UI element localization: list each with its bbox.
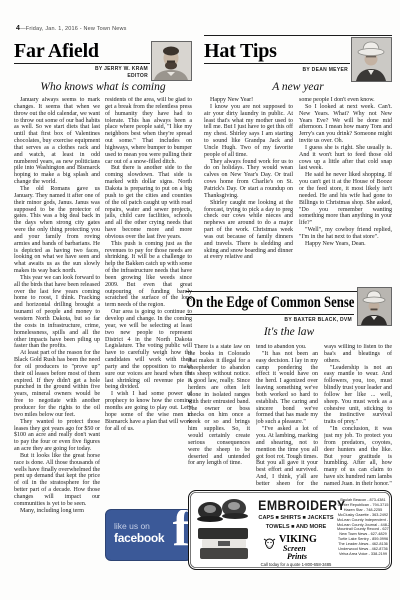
folio-text: —Friday, Jan. 1, 2016 - New Town News [20,26,127,32]
common-sense-column-3: ways willing to listen to the baa's and … [324,344,392,485]
author-photo-dean-meyer [351,37,392,82]
jerry-kram-portrait-icon [152,42,191,80]
far-afield-column-1: January always seems to mark changes. It… [14,97,100,576]
hat-tips-byline: BY DEAN MEYER [250,67,348,74]
far-afield-title: Far Afield [14,40,99,62]
facebook-badge-word: facebook [114,531,164,545]
far-afield-column-2: residents of the area, will be glad to g… [105,97,192,507]
common-sense-byline-rule [186,314,354,315]
facebook-badge-like-text: like us on [114,521,150,531]
common-sense-byline: BY BAXTER BLACK, DVM [200,317,352,324]
baxter-black-portrait-icon [358,288,391,325]
hat-tips-top-rule [204,35,392,36]
ad-products-line-2: TOWELS ■ AND MORE [251,524,341,530]
caps-and-shirts-photo-icon [194,496,252,562]
author-photo-jerry-kram [151,41,192,81]
facebook-badge[interactable]: like us on facebook f [105,509,192,561]
common-sense-title: On the Edge of Common Sense [186,294,354,312]
far-afield-byline: BY JERRY W. KRAM EDITOR [58,66,148,79]
common-sense-column-1: There is a state law on the books in Col… [188,344,250,485]
author-photo-baxter-black [357,287,392,326]
hat-tips-title: Hat Tips [204,40,277,62]
embroidery-ad: EMBROIDERY CAPS ■ SHIRTS ■ JACKETS TOWEL… [188,490,392,570]
ad-products-line-1: CAPS ■ SHIRTS ■ JACKETS [251,515,341,521]
ad-cta: Call today for a quote 1-800-658-3485 [241,562,351,567]
far-afield-title-rule [14,63,150,64]
hat-tips-title-rule [204,63,350,64]
hat-tips-headline: A new year [204,81,392,93]
far-afield-headline: Who knows what is coming [14,81,192,93]
hat-tips-column-2: some people I don't even know.So I looke… [299,97,392,289]
ad-title: EMBROIDERY [258,497,334,513]
folio-line: 4—Friday, Jan. 1, 2016 - New Town News [16,25,127,32]
far-afield-byline-title: EDITOR [58,73,148,80]
viking-mascot-icon [263,536,276,557]
newspaper-page: 4—Friday, Jan. 1, 2016 - New Town News F… [0,0,400,600]
dean-meyer-portrait-icon [352,38,391,81]
viking-brand-line3: Prints [287,552,307,561]
ad-product-photo [194,496,252,567]
common-sense-column-2: tend to abandon you."It has not been an … [256,344,318,485]
ad-contact-list: Beulah Beacon - 873-4381Center Republica… [337,498,389,557]
common-sense-headline: It's the law [186,326,392,338]
hat-tips-column-1: Happy New Year!I know you are not suppos… [204,97,293,289]
